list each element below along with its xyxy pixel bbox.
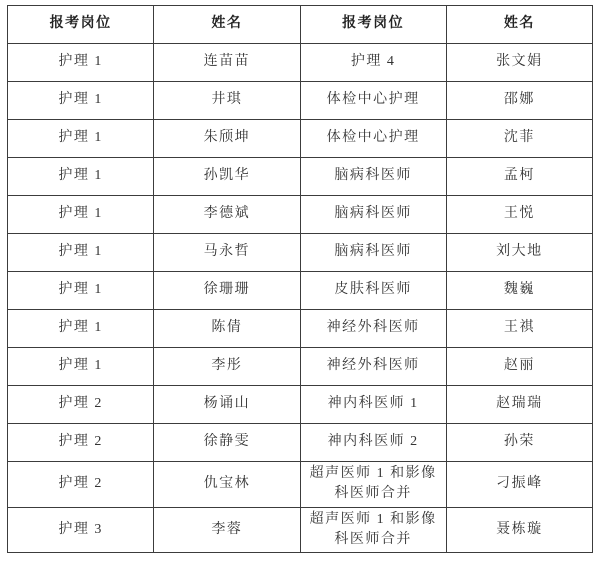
name-cell: 井琪	[154, 82, 300, 120]
position-cell: 体检中心护理	[300, 82, 446, 120]
name-cell: 赵丽	[446, 348, 592, 386]
table-row: 护理 1徐珊珊皮肤科医师魏巍	[8, 272, 593, 310]
name-cell: 徐珊珊	[154, 272, 300, 310]
position-cell: 护理 1	[8, 234, 154, 272]
position-cell: 超声医师 1 和影像科医师合并	[300, 462, 446, 508]
name-cell: 连苗苗	[154, 44, 300, 82]
position-cell: 神内科医师 2	[300, 424, 446, 462]
position-cell: 脑病科医师	[300, 196, 446, 234]
name-cell: 魏巍	[446, 272, 592, 310]
name-cell: 聂栋璇	[446, 507, 592, 553]
position-cell: 护理 1	[8, 120, 154, 158]
name-cell: 李德斌	[154, 196, 300, 234]
table-row: 护理 1李德斌脑病科医师王悦	[8, 196, 593, 234]
name-cell: 马永哲	[154, 234, 300, 272]
name-cell: 杨诵山	[154, 386, 300, 424]
position-cell: 护理 2	[8, 386, 154, 424]
table-body: 护理 1连苗苗护理 4张文娟护理 1井琪体检中心护理邵娜护理 1朱颀坤体检中心护…	[8, 44, 593, 553]
table-row: 护理 2徐静雯神内科医师 2孙荣	[8, 424, 593, 462]
position-cell: 神经外科医师	[300, 348, 446, 386]
position-cell: 脑病科医师	[300, 158, 446, 196]
position-cell: 护理 1	[8, 44, 154, 82]
position-cell: 护理 1	[8, 310, 154, 348]
position-cell: 护理 4	[300, 44, 446, 82]
position-cell: 护理 1	[8, 348, 154, 386]
name-cell: 刘大地	[446, 234, 592, 272]
column-header: 姓名	[446, 6, 592, 44]
name-cell: 徐静雯	[154, 424, 300, 462]
applicant-table: 报考岗位姓名报考岗位姓名 护理 1连苗苗护理 4张文娟护理 1井琪体检中心护理邵…	[7, 5, 593, 553]
position-cell: 护理 1	[8, 158, 154, 196]
position-cell: 护理 2	[8, 424, 154, 462]
column-header: 报考岗位	[300, 6, 446, 44]
name-cell: 孟柯	[446, 158, 592, 196]
name-cell: 朱颀坤	[154, 120, 300, 158]
name-cell: 孙凯华	[154, 158, 300, 196]
table-row: 护理 1陈倩神经外科医师王祺	[8, 310, 593, 348]
position-cell: 护理 1	[8, 82, 154, 120]
table-row: 护理 1朱颀坤体检中心护理沈菲	[8, 120, 593, 158]
name-cell: 赵瑞瑞	[446, 386, 592, 424]
position-cell: 体检中心护理	[300, 120, 446, 158]
name-cell: 李彤	[154, 348, 300, 386]
name-cell: 邵娜	[446, 82, 592, 120]
table-row: 护理 1孙凯华脑病科医师孟柯	[8, 158, 593, 196]
name-cell: 王祺	[446, 310, 592, 348]
table-row: 护理 1马永哲脑病科医师刘大地	[8, 234, 593, 272]
table-row: 护理 1井琪体检中心护理邵娜	[8, 82, 593, 120]
position-cell: 超声医师 1 和影像科医师合并	[300, 507, 446, 553]
name-cell: 王悦	[446, 196, 592, 234]
table-row: 护理 2杨诵山神内科医师 1赵瑞瑞	[8, 386, 593, 424]
name-cell: 陈倩	[154, 310, 300, 348]
table-row: 护理 2仇宝林超声医师 1 和影像科医师合并刁振峰	[8, 462, 593, 508]
name-cell: 仇宝林	[154, 462, 300, 508]
position-cell: 护理 1	[8, 196, 154, 234]
table-header: 报考岗位姓名报考岗位姓名	[8, 6, 593, 44]
name-cell: 沈菲	[446, 120, 592, 158]
column-header: 报考岗位	[8, 6, 154, 44]
name-cell: 孙荣	[446, 424, 592, 462]
table-row: 护理 1李彤神经外科医师赵丽	[8, 348, 593, 386]
position-cell: 神内科医师 1	[300, 386, 446, 424]
position-cell: 护理 3	[8, 507, 154, 553]
position-cell: 皮肤科医师	[300, 272, 446, 310]
name-cell: 刁振峰	[446, 462, 592, 508]
position-cell: 护理 2	[8, 462, 154, 508]
column-header: 姓名	[154, 6, 300, 44]
table-row: 护理 3李蓉超声医师 1 和影像科医师合并聂栋璇	[8, 507, 593, 553]
table-row: 护理 1连苗苗护理 4张文娟	[8, 44, 593, 82]
table-header-row: 报考岗位姓名报考岗位姓名	[8, 6, 593, 44]
position-cell: 脑病科医师	[300, 234, 446, 272]
name-cell: 李蓉	[154, 507, 300, 553]
position-cell: 神经外科医师	[300, 310, 446, 348]
name-cell: 张文娟	[446, 44, 592, 82]
position-cell: 护理 1	[8, 272, 154, 310]
page-background: 报考岗位姓名报考岗位姓名 护理 1连苗苗护理 4张文娟护理 1井琪体检中心护理邵…	[0, 0, 600, 578]
